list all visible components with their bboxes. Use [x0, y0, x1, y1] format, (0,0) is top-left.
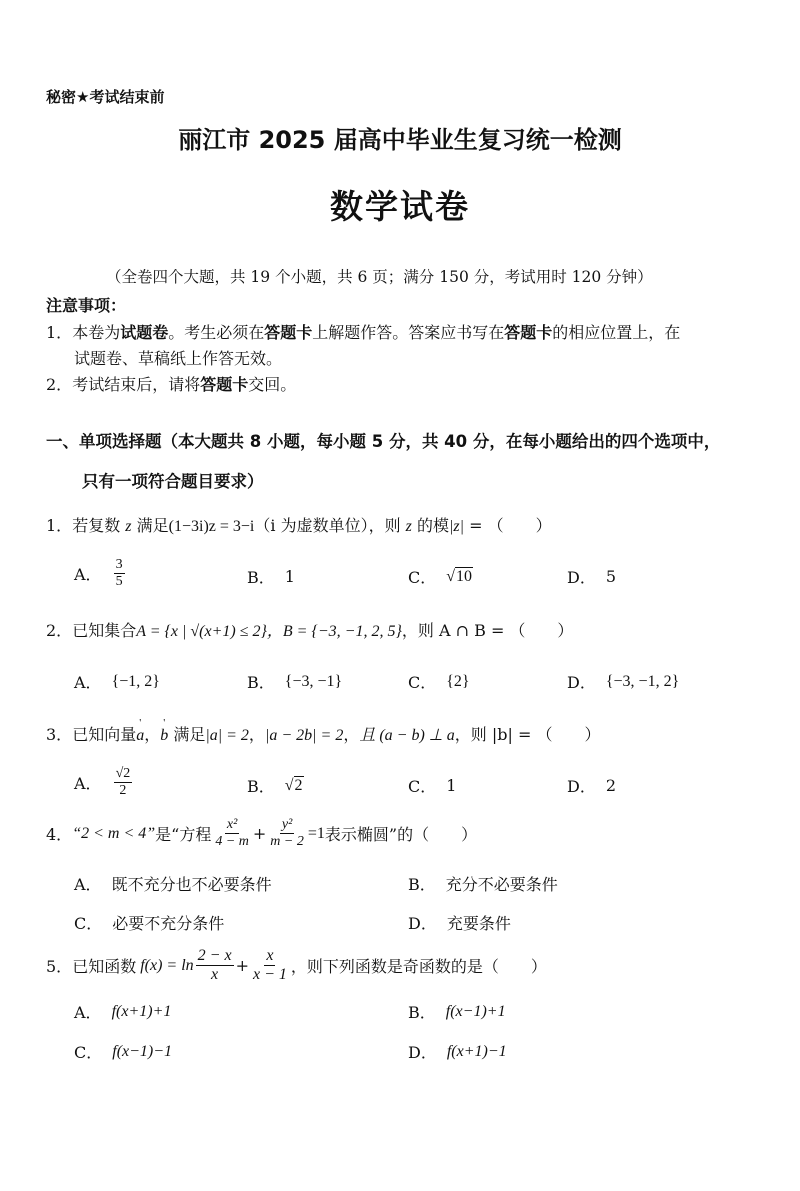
question-1-stem: 1．若复数 z 满足(1−3i)z = 3−i（i 为虚数单位），则 z 的模|…	[46, 513, 552, 536]
question-5-option-b: B．f(x−1)+1	[408, 1000, 506, 1023]
option-text: 1	[285, 567, 295, 586]
numerator: 3	[114, 557, 125, 574]
stem-text: ，则 |b| = （ ）	[455, 725, 601, 744]
option-text: 1	[446, 776, 456, 795]
note-number: 1．	[46, 323, 72, 342]
option-label: A．	[74, 562, 102, 585]
option-text: {−3, −1, 2}	[606, 673, 679, 691]
question-2-stem: 2．已知集合A = {x | √(x+1) ≤ 2}，B = {−3, −1, …	[46, 618, 573, 641]
denominator: x	[209, 966, 220, 984]
numerator: x²	[225, 817, 239, 834]
option-label: B．	[247, 670, 275, 693]
note-number: 2．	[46, 375, 72, 394]
denominator: 4 − m	[213, 834, 251, 850]
option-text: 必要不充分条件	[112, 911, 224, 934]
fraction-x: x²4 − m	[213, 817, 251, 850]
numerator: √2	[114, 766, 133, 783]
option-text: 充要条件	[447, 911, 511, 934]
note-item-2: 2．考试结束后，请将答题卡交回。	[46, 372, 296, 395]
option-label: B．	[408, 872, 436, 895]
radicand: 2	[294, 776, 304, 794]
math-condition: |a| = 2	[205, 727, 249, 744]
stem-text: 若复数	[72, 516, 120, 535]
math-condition: “2 < m < 4”	[72, 825, 155, 843]
stem-text: 表示椭圆”的（ ）	[325, 822, 477, 845]
question-3-stem: 3．已知向量a，b 满足|a| = 2，|a − 2b| = 2，且 (a − …	[46, 722, 600, 745]
option-label: C．	[74, 1040, 102, 1063]
question-3-option-a: A． √22	[74, 766, 134, 799]
option-text: {2}	[446, 673, 469, 691]
option-label: C．	[408, 565, 436, 588]
fraction-log: 2 − xx	[196, 947, 234, 985]
section-heading-cont: 只有一项符合题目要求）	[82, 468, 264, 492]
question-number: 3．	[46, 725, 72, 744]
fraction-y: y²m − 2	[268, 817, 306, 850]
question-1-option-b: B．1	[247, 565, 295, 588]
option-text: 2	[606, 776, 616, 795]
option-text: 既不充分也不必要条件	[112, 872, 272, 895]
option-label: C．	[74, 911, 102, 934]
question-5-option-d: D．f(x+1)−1	[408, 1040, 507, 1063]
stem-text: 满足	[137, 516, 169, 535]
subject-title: 数学试卷	[0, 181, 800, 228]
option-label: D．	[567, 774, 596, 797]
math-operator: +	[236, 956, 249, 975]
option-text: 充分不必要条件	[446, 872, 558, 895]
math-function: f(x) = ln	[140, 957, 193, 975]
note-item-1: 1．本卷为试题卷。考生必须在答题卡上解题作答。答案应书写在答题卡的相应位置上，在	[46, 320, 680, 343]
stem-text: = （ ）	[464, 516, 552, 535]
math-rhs: =1	[308, 825, 325, 843]
stem-text: 已知集合	[72, 621, 136, 640]
stem-text: 满足	[173, 725, 205, 744]
question-3-option-b: B．√2	[247, 774, 304, 797]
fraction: 35	[114, 557, 125, 590]
math-set-a: A = {x | √(x+1) ≤ 2}	[136, 623, 267, 640]
question-4-option-b: B．充分不必要条件	[408, 872, 558, 895]
question-2-option-a: A．{−1, 2}	[74, 670, 160, 693]
option-label: D．	[408, 911, 437, 934]
denominator: 2	[117, 783, 128, 799]
question-1-option-d: D．5	[567, 565, 616, 588]
option-label: D．	[408, 1040, 437, 1063]
note-text: 的相应位置上，在	[552, 323, 680, 342]
note-text: 本卷为	[72, 323, 120, 342]
denominator: 5	[114, 574, 125, 590]
sqrt-expression: √10	[446, 568, 473, 586]
question-4-stem: 4．“2 < m < 4”是“方程 x²4 − m+y²m − 2=1表示椭圆”…	[46, 817, 477, 850]
section-heading: 一、单项选择题（本大题共 8 小题，每小题 5 分，共 40 分，在每小题给出的…	[46, 428, 720, 452]
note-emphasis: 答题卡	[200, 375, 248, 394]
question-1-option-a: A． 35	[74, 557, 127, 590]
question-2-option-d: D．{−3, −1, 2}	[567, 670, 679, 693]
stem-text: ，则下列函数是奇函数的是（ ）	[291, 954, 547, 977]
option-label: D．	[567, 565, 596, 588]
fraction-rational: xx − 1	[251, 947, 289, 985]
math-var: z	[406, 518, 412, 535]
option-label: A．	[74, 771, 102, 794]
radicand: 10	[455, 567, 473, 585]
math-set-b: ，B = {−3, −1, 2, 5}	[267, 623, 402, 640]
question-number: 4．	[46, 822, 72, 845]
option-label: C．	[408, 670, 436, 693]
fraction: √22	[114, 766, 133, 799]
option-label: A．	[74, 670, 102, 693]
question-4-option-d: D．充要条件	[408, 911, 511, 934]
stem-text: ，则 A ∩ B = （ ）	[402, 621, 574, 640]
question-4-option-a: A．既不充分也不必要条件	[74, 872, 272, 895]
note-text: 交回。	[248, 375, 296, 394]
math-condition: |a − 2b| = 2	[265, 727, 343, 744]
question-4-option-c: C．必要不充分条件	[74, 911, 224, 934]
stem-text: 已知向量	[72, 725, 136, 744]
option-label: A．	[74, 1000, 102, 1023]
note-text: 上解题作答。答案应书写在	[312, 323, 504, 342]
stem-text: 是“方程	[155, 822, 211, 845]
note-emphasis: 答题卡	[264, 323, 312, 342]
question-number: 2．	[46, 621, 72, 640]
question-5-option-a: A．f(x+1)+1	[74, 1000, 171, 1023]
stem-text: 已知函数	[72, 954, 136, 977]
math-var: z	[125, 518, 131, 535]
exam-info: （全卷四个大题，共 19 个小题，共 6 页；满分 150 分，考试用时 120…	[106, 265, 653, 287]
math-condition: 且 (a − b) ⊥ a	[359, 727, 454, 744]
option-text: f(x−1)+1	[446, 1003, 506, 1021]
question-number: 5．	[46, 954, 72, 977]
denominator: x − 1	[251, 966, 289, 984]
question-5-option-c: C．f(x−1)−1	[74, 1040, 172, 1063]
option-text: {−3, −1}	[285, 673, 342, 691]
question-2-option-c: C．{2}	[408, 670, 470, 693]
question-5-stem: 5．已知函数 f(x) = ln 2 − xx+xx − 1，则下列函数是奇函数…	[46, 947, 547, 985]
question-number: 1．	[46, 516, 72, 535]
note-text: 考试结束后，请将	[72, 375, 200, 394]
note-text: 。考生必须在	[168, 323, 264, 342]
numerator: y²	[280, 817, 294, 834]
vector-a: a	[136, 727, 144, 745]
question-1-option-c: C．√10	[408, 565, 473, 588]
exam-title: 丽江市 2025 届高中毕业生复习统一检测	[0, 120, 800, 155]
notes-heading: 注意事项：	[46, 293, 126, 316]
question-2-option-b: B．{−3, −1}	[247, 670, 342, 693]
question-3-option-c: C．1	[408, 774, 456, 797]
option-text: f(x+1)−1	[447, 1043, 507, 1061]
numerator: x	[264, 947, 275, 966]
option-label: C．	[408, 774, 436, 797]
option-text: {−1, 2}	[112, 673, 160, 691]
note-item-1-line2: 试题卷、草稿纸上作答无效。	[74, 346, 282, 369]
option-text: 5	[606, 567, 616, 586]
vector-b: b	[160, 727, 168, 745]
stem-text: 的模	[417, 516, 449, 535]
numerator: 2 − x	[196, 947, 234, 966]
note-emphasis: 试题卷	[120, 323, 168, 342]
question-3-option-d: D．2	[567, 774, 616, 797]
math-abs: |z|	[449, 518, 464, 535]
option-text: f(x−1)−1	[112, 1043, 172, 1061]
option-label: B．	[408, 1000, 436, 1023]
confidential-label: 秘密★考试结束前	[46, 86, 164, 107]
option-label: B．	[247, 774, 275, 797]
option-label: A．	[74, 872, 102, 895]
stem-text: （i 为虚数单位），则	[254, 516, 400, 535]
note-emphasis: 答题卡	[504, 323, 552, 342]
option-label: B．	[247, 565, 275, 588]
option-label: D．	[567, 670, 596, 693]
math-equation: (1−3i)z = 3−i	[169, 518, 255, 535]
denominator: m − 2	[268, 834, 306, 850]
option-text: f(x+1)+1	[112, 1003, 172, 1021]
sqrt-expression: √2	[285, 777, 304, 795]
